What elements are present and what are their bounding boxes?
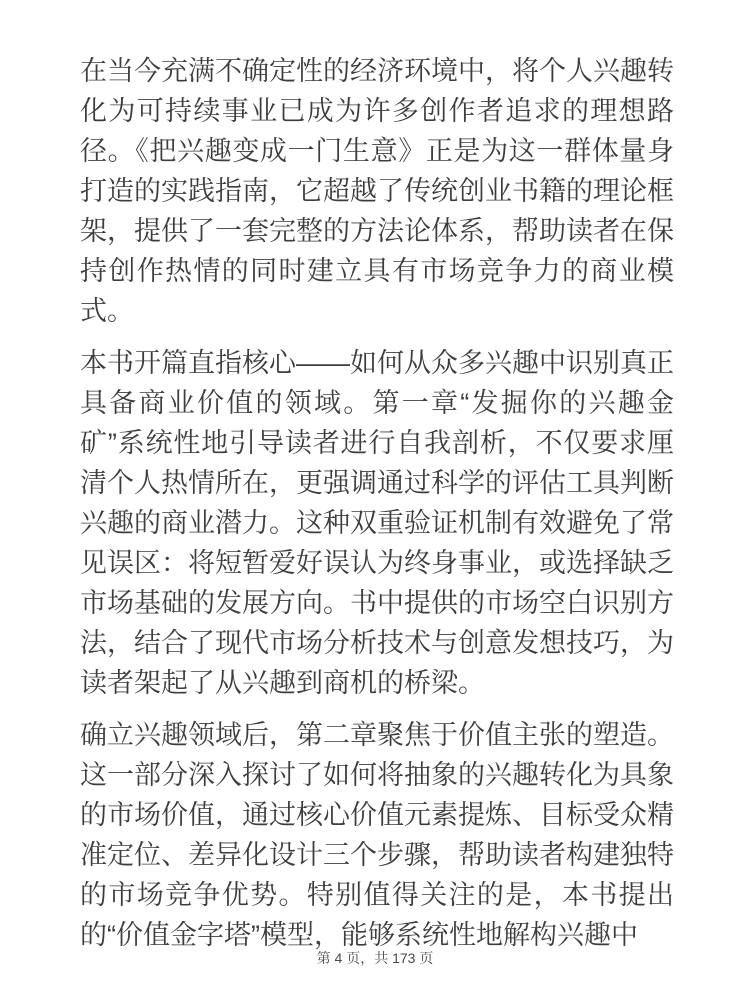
body-paragraph-3: 确立兴趣领域后，第二章聚焦于价值主张的塑造。这一部分深入探讨了如何将抽象的兴趣转… (80, 715, 674, 955)
document-body: 在当今充满不确定性的经济环境中，将个人兴趣转化为可持续事业已成为许多创作者追求的… (80, 51, 674, 967)
document-page: 在当今充满不确定性的经济环境中，将个人兴趣转化为可持续事业已成为许多创作者追求的… (0, 0, 750, 1000)
page-number-footer: 第 4 页，共 173 页 (0, 950, 750, 967)
body-paragraph-1: 在当今充满不确定性的经济环境中，将个人兴趣转化为可持续事业已成为许多创作者追求的… (80, 51, 674, 331)
body-paragraph-2: 本书开篇直指核心——如何从众多兴趣中识别真正具备商业价值的领域。第一章“发掘你的… (80, 343, 674, 703)
